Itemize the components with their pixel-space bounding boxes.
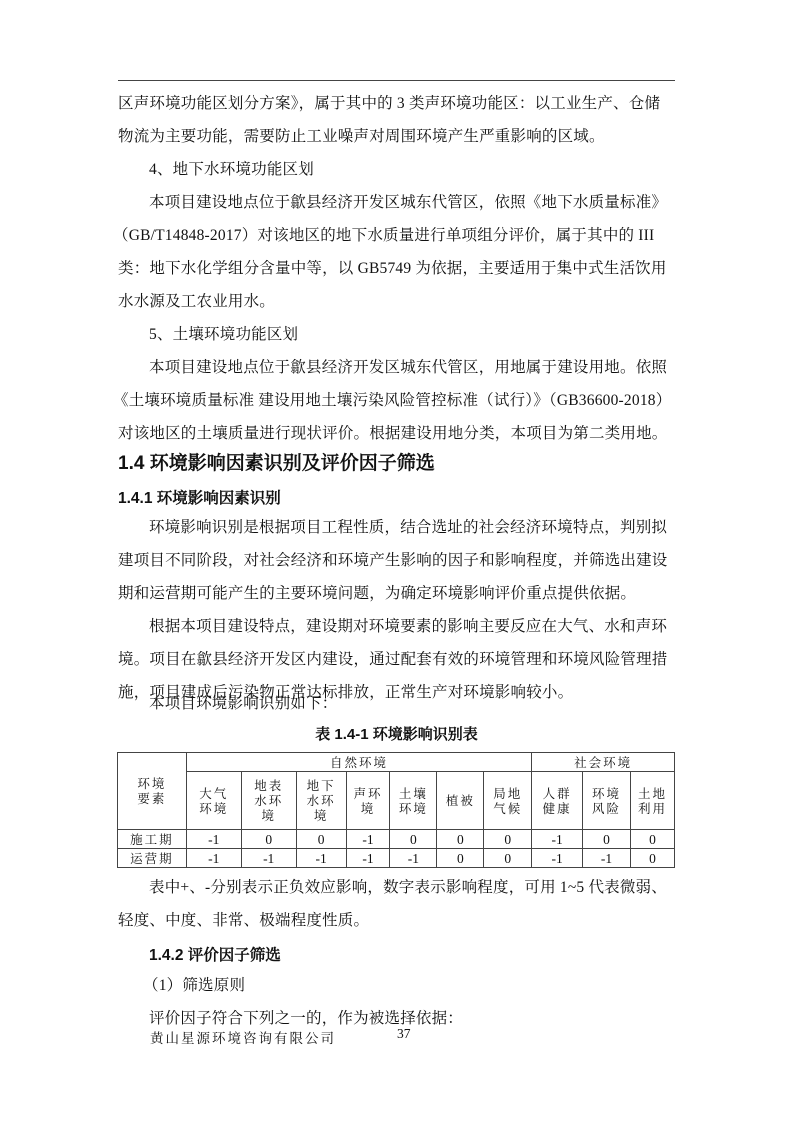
paragraph-line: 物流为主要功能，需要防止工业噪声对周围环境产生严重影响的区域。	[118, 127, 678, 147]
table-cell: -1	[532, 830, 583, 849]
table-cell: 0	[241, 830, 296, 849]
table-cell: 0	[583, 830, 631, 849]
column-header: 人群 健康	[532, 772, 583, 830]
table-cell: -1	[346, 849, 390, 868]
paragraph-line: 《土壤环境质量标准 建设用地土壤污染风险管控标准（试行）》（GB36600-20…	[113, 391, 673, 411]
heading-1-4-2: 1.4.2 评价因子筛选	[149, 943, 281, 965]
paragraph-line: 期和运营期可能产生的主要环境问题，为确定环境影响评价重点提供依据。	[118, 584, 678, 604]
paragraph-line: 本项目建设地点位于歙县经济开发区城东代管区，依照《地下水质量标准》	[149, 193, 709, 213]
column-header: 环境 风险	[583, 772, 631, 830]
column-header: 局地 气候	[484, 772, 532, 830]
paragraph-line: 类：地下水化学组分含量中等，以 GB5749 为依据，主要适用于集中式生活饮用	[118, 259, 678, 279]
paragraph-line: （GB/T14848-2017）对该地区的地下水质量进行单项组分评价，属于其中的…	[113, 226, 673, 246]
table-cell: 0	[631, 849, 675, 868]
paragraph-line: 环境影响识别是根据项目工程性质，结合选址的社会经济环境特点，判别拟	[149, 518, 709, 538]
paragraph-line: 表中+、-分别表示正负效应影响，数字表示影响程度，可用 1~5 代表微弱、	[149, 878, 709, 898]
row-label: 施工期	[118, 830, 187, 849]
column-header: 植被	[437, 772, 484, 830]
column-header: 土壤 环境	[390, 772, 437, 830]
paragraph-line: 评价因子符合下列之一的，作为被选择依据：	[149, 1009, 709, 1029]
paragraph-line: 轻度、中度、非常、极端程度性质。	[118, 911, 678, 931]
table-cell: 0	[631, 830, 675, 849]
table-cell: -1	[390, 849, 437, 868]
table-cell: 0	[296, 830, 346, 849]
paragraph-line: 建项目不同阶段，对社会经济和环境产生影响的因子和影响程度，并筛选出建设	[118, 551, 678, 571]
paragraph-line: 境。项目在歙县经济开发区内建设，通过配套有效的环境管理和环境风险管理措	[118, 650, 678, 670]
paragraph-line: 区声环境功能区划分方案》，属于其中的 3 类声环境功能区：以工业生产、仓储	[118, 94, 678, 114]
section-title-groundwater: 4、地下水环境功能区划	[149, 160, 709, 180]
paragraph-line: 水水源及工农业用水。	[118, 292, 678, 312]
paragraph-line: 本项目建设地点位于歙县经济开发区城东代管区，用地属于建设用地。依照	[149, 358, 709, 378]
paragraph-line: 根据本项目建设特点，建设期对环境要素的影响主要反应在大气、水和声环	[149, 617, 709, 637]
page-number: 37	[397, 1026, 411, 1042]
table-cell: -1	[583, 849, 631, 868]
table-cell: -1	[346, 830, 390, 849]
table-cell: 0	[484, 849, 532, 868]
heading-1-4: 1.4 环境影响因素识别及评价因子筛选	[118, 448, 435, 475]
paragraph-line: 对该地区的土壤质量进行现状评价。根据建设用地分类，本项目为第二类用地。	[118, 424, 678, 444]
table-cell: -1	[186, 849, 241, 868]
document-page: 区声环境功能区划分方案》，属于其中的 3 类声环境功能区：以工业生产、仓储 物流…	[0, 0, 793, 1122]
table-caption: 表 1.4-1 环境影响识别表	[0, 723, 793, 744]
table-cell: -1	[186, 830, 241, 849]
table-cell: 0	[390, 830, 437, 849]
group-social-environment: 社会环境	[532, 753, 675, 772]
row-label: 运营期	[118, 849, 187, 868]
paragraph-line: 本项目环境影响识别如下：	[149, 694, 709, 714]
table-cell: 0	[437, 849, 484, 868]
table-cell: -1	[296, 849, 346, 868]
table-group-header-row: 环境 要素 自然环境 社会环境	[118, 753, 675, 772]
table-cell: 0	[484, 830, 532, 849]
column-header: 大气 环境	[186, 772, 241, 830]
column-header: 土地 利用	[631, 772, 675, 830]
subsection-title: （1）筛选原则	[143, 976, 703, 996]
table-cell: -1	[241, 849, 296, 868]
column-header: 地表 水环 境	[241, 772, 296, 830]
table-cell: -1	[532, 849, 583, 868]
header-rule	[118, 80, 675, 81]
footer-company-name: 黄山星源环境咨询有限公司	[150, 1027, 336, 1047]
table-row: 施工期 -1 0 0 -1 0 0 0 -1 0 0	[118, 830, 675, 849]
column-header: 地下 水环 境	[296, 772, 346, 830]
table-cell: 0	[437, 830, 484, 849]
table-column-header-row: 大气 环境 地表 水环 境 地下 水环 境 声环 境 土壤 环境 植被 局地 气…	[118, 772, 675, 830]
row-header-label: 环境 要素	[118, 753, 187, 830]
impact-identification-table: 环境 要素 自然环境 社会环境 大气 环境 地表 水环 境 地下 水环 境 声环…	[117, 752, 675, 868]
heading-1-4-1: 1.4.1 环境影响因素识别	[118, 486, 281, 508]
group-natural-environment: 自然环境	[186, 753, 531, 772]
section-title-soil: 5、土壤环境功能区划	[149, 325, 709, 345]
table-row: 运营期 -1 -1 -1 -1 -1 0 0 -1 -1 0	[118, 849, 675, 868]
column-header: 声环 境	[346, 772, 390, 830]
